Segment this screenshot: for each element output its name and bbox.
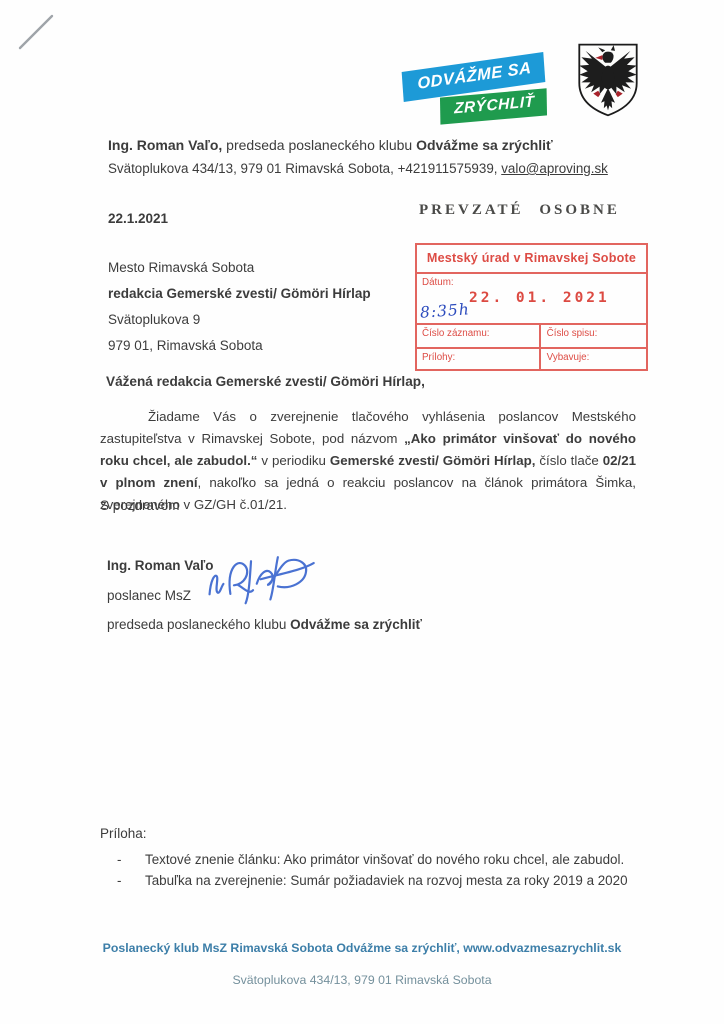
recipient-block: Mesto Rimavská Sobota redakcia Gemerské … xyxy=(108,255,371,359)
club-logo: ODVÁŽME SA ZRÝCHLIŤ xyxy=(398,48,573,133)
stamp-date-row: Dátum: 22. 01. 2021 8:35h xyxy=(417,274,646,325)
sender-contact-line: Svätoplukova 434/13, 979 01 Rimavská Sob… xyxy=(108,160,608,178)
stamp-attachments-label: Prílohy: xyxy=(417,349,541,371)
stamp-title: Mestský úrad v Rimavskej Sobote xyxy=(417,245,646,274)
logo-line1: ODVÁŽME SA xyxy=(417,59,532,93)
sender-address: Svätoplukova 434/13, 979 01 Rimavská Sob… xyxy=(108,161,501,176)
body-paragraph: Žiadame Vás o zverejnenie tlačového vyhl… xyxy=(100,406,636,516)
received-in-person-stamp: PREVZATÉ OSOBNE xyxy=(419,202,620,219)
signatory-role-2-text: predseda poslaneckého klubu xyxy=(107,617,290,632)
recipient-line-2: redakcia Gemerské zvesti/ Gömöri Hírlap xyxy=(108,281,371,307)
recipient-line-4: 979 01, Rimavská Sobota xyxy=(108,333,371,359)
sender-club: Odvážme sa zrýchliť xyxy=(416,137,553,153)
sender-block: Ing. Roman Vaľo, predseda poslaneckého k… xyxy=(108,136,608,178)
coat-of-arms-icon xyxy=(573,40,643,122)
sender-email: valo@aproving.sk xyxy=(501,161,608,176)
stamp-date-label: Dátum: xyxy=(417,274,646,288)
stamp-record-no-label: Číslo záznamu: xyxy=(417,325,541,347)
pen-mark xyxy=(12,8,64,54)
recipient-line-1: Mesto Rimavská Sobota xyxy=(108,255,371,281)
letter-date: 22.1.2021 xyxy=(108,211,168,226)
signatory-role-2: predseda poslaneckého klubu Odvážme sa z… xyxy=(107,610,422,640)
attachment-item: - Tabuľka na zverejnenie: Sumár požiadav… xyxy=(117,870,628,891)
body-seg3: v periodiku xyxy=(257,453,329,468)
logo-line2: ZRÝCHLIŤ xyxy=(454,93,535,117)
sender-role: predseda poslaneckého klubu xyxy=(222,137,416,153)
sender-name: Ing. Roman Vaľo, xyxy=(108,137,222,153)
attachments-label: Príloha: xyxy=(100,826,147,841)
footer-address-line: Svätoplukova 434/13, 979 01 Rimavská Sob… xyxy=(0,973,724,987)
stamp-date-value: 22. 01. 2021 xyxy=(469,290,610,306)
body-periodical-name: Gemerské zvesti/ Gömöri Hírlap, xyxy=(330,453,536,468)
bullet-dash: - xyxy=(117,849,145,870)
recipient-line-3: Svätoplukova 9 xyxy=(108,307,371,333)
footer-club-line: Poslanecký klub MsZ Rimavská Sobota Odvá… xyxy=(0,941,724,955)
signatory-role-2-club: Odvážme sa zrýchliť xyxy=(290,617,422,632)
handwritten-signature xyxy=(198,543,328,609)
attachment-item-text: Textové znenie článku: Ako primátor vinš… xyxy=(145,849,624,870)
stamp-number-row: Číslo záznamu: Číslo spisu: xyxy=(417,325,646,349)
scanned-letter-page: ODVÁŽME SA ZRÝCHLIŤ Ing. Roman Vaľo, pre… xyxy=(0,0,724,1024)
stamp-handling-row: Prílohy: Vybavuje: xyxy=(417,349,646,371)
attachment-item: - Textové znenie článku: Ako primátor vi… xyxy=(117,849,628,870)
stamp-file-no-label: Číslo spisu: xyxy=(541,325,646,347)
registry-stamp: Mestský úrad v Rimavskej Sobote Dátum: 2… xyxy=(415,243,648,371)
attachments-list: - Textové znenie článku: Ako primátor vi… xyxy=(117,849,628,891)
bullet-dash: - xyxy=(117,870,145,891)
stamp-handled-by-label: Vybavuje: xyxy=(541,349,646,371)
body-seg5: číslo tlače xyxy=(535,453,602,468)
attachment-item-text: Tabuľka na zverejnenie: Sumár požiadavie… xyxy=(145,870,628,891)
sender-name-line: Ing. Roman Vaľo, predseda poslaneckého k… xyxy=(108,136,608,154)
handwritten-time: 8:35h xyxy=(419,300,470,321)
closing-phrase: S pozdravom xyxy=(100,498,180,513)
salutation: Vážená redakcia Gemerské zvesti/ Gömöri … xyxy=(106,374,425,389)
